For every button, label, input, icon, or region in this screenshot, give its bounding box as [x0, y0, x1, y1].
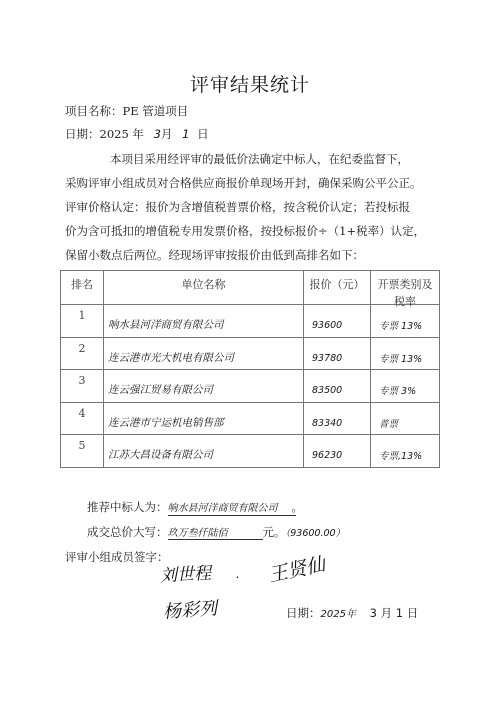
paragraph-line-1: 本项目采用经评审的最低价法确定中标人，在纪委监督下，	[110, 151, 409, 167]
header-invoice: 开票类别及 税率	[371, 271, 439, 304]
date-month-handwritten: 3	[154, 127, 161, 141]
date-line: 日期：2025 年 3月 1 日	[65, 126, 209, 142]
signature-3: 杨彩列	[162, 594, 218, 624]
date-day-unit: 日	[197, 127, 209, 141]
total-unit: 元。	[263, 525, 286, 539]
table-row: 3 连云强江贸易有限公司 83500 专票 3%	[61, 370, 439, 403]
winner-line: 推荐中标人为：响水县河洋商贸有限公司。	[87, 499, 296, 516]
sign-date-year: 2025年	[321, 609, 356, 620]
invoice-cell: 普票	[379, 416, 398, 430]
header-rank: 排名	[61, 271, 104, 304]
table-row: 4 连云港市宁运机电销售部 83340 普票	[61, 403, 439, 435]
paragraph-line-4: 价为含可抵扣的增值税专用发票价格，按投标报价÷（1+税率）认定，	[65, 223, 425, 239]
company-name-cell: 江苏大昌设备有限公司	[108, 447, 213, 462]
invoice-cell: 专票 13%	[379, 318, 422, 332]
table-row: 1 响水县河洋商贸有限公司 93600 专票 13%	[61, 305, 439, 338]
signature-2: 王贤仙	[266, 549, 327, 587]
signature-dot: .	[236, 567, 240, 581]
price-cell: 93600	[312, 320, 342, 331]
signers-label: 评审小组成员签字：	[65, 549, 169, 565]
sign-date-month: 3 月	[370, 606, 392, 620]
rank-cell: 5	[61, 439, 103, 452]
winner-field: 响水县河洋商贸有限公司。	[168, 499, 296, 516]
header-name: 单位名称	[104, 271, 304, 304]
date-day-handwritten: 1	[182, 127, 189, 141]
company-name-cell: 连云港市光大机电有限公司	[108, 350, 234, 365]
table-header-row: 排名 单位名称 报价（元） 开票类别及 税率	[61, 271, 439, 305]
sign-date-label: 日期：	[286, 606, 321, 620]
project-name-value: PE 管道项目	[123, 104, 189, 118]
sign-date-day: 1 日	[396, 606, 418, 620]
price-cell: 83500	[312, 385, 342, 396]
header-price: 报价（元）	[304, 271, 371, 304]
sign-date-line: 日期：2025年 3 月 1 日	[286, 605, 418, 621]
project-name-line: 项目名称：PE 管道项目	[65, 103, 188, 119]
invoice-cell: 专票,13%	[379, 448, 422, 462]
company-name-cell: 响水县河洋商贸有限公司	[108, 317, 224, 332]
invoice-cell: 专票 13%	[379, 351, 422, 365]
paragraph-line-3: 评审价格认定：报价为含增值税普票价格，按含税价认定；若投标报	[65, 199, 410, 215]
rank-cell: 4	[61, 407, 103, 420]
company-name-cell: 连云港市宁运机电销售部	[108, 415, 224, 430]
date-label: 日期：	[65, 127, 100, 141]
price-cell: 93780	[312, 353, 342, 364]
document-title: 评审结果统计	[0, 70, 500, 97]
paragraph-line-5: 保留小数点后两位。经现场评审按报价由低到高排名如下：	[65, 247, 364, 263]
project-name-label: 项目名称：	[65, 104, 123, 118]
winner-value: 响水县河洋商贸有限公司	[168, 503, 278, 514]
winner-label: 推荐中标人为：	[87, 500, 168, 514]
ranking-table: 排名 单位名称 报价（元） 开票类别及 税率 1 响水县河洋商贸有限公司 936…	[60, 270, 440, 468]
company-name-cell: 连云强江贸易有限公司	[108, 382, 213, 397]
rank-cell: 3	[61, 374, 103, 387]
total-label: 成交总价大写：	[87, 525, 168, 539]
paragraph-line-2: 采购评审小组成员对合格供应商报价单现场开封，确保采购公平公正。	[65, 175, 422, 191]
price-cell: 96230	[312, 450, 342, 461]
total-value-numeric: （93600.00）	[286, 528, 346, 539]
total-value-uppercase: 玖万叁仟陆佰	[168, 528, 228, 539]
invoice-cell: 专票 3%	[379, 383, 416, 397]
signature-1: 刘世程	[159, 559, 211, 587]
date-month-unit: 月	[161, 127, 173, 141]
total-field: 玖万叁仟陆佰	[168, 524, 263, 540]
rank-cell: 2	[61, 342, 103, 355]
total-price-line: 成交总价大写：玖万叁仟陆佰元。（93600.00）	[87, 524, 345, 540]
table-row: 5 江苏大昌设备有限公司 96230 专票,13%	[61, 435, 439, 467]
date-year: 2025 年	[100, 127, 144, 141]
price-cell: 83340	[312, 418, 342, 429]
rank-cell: 1	[61, 309, 103, 322]
table-row: 2 连云港市光大机电有限公司 93780 专票 13%	[61, 338, 439, 370]
